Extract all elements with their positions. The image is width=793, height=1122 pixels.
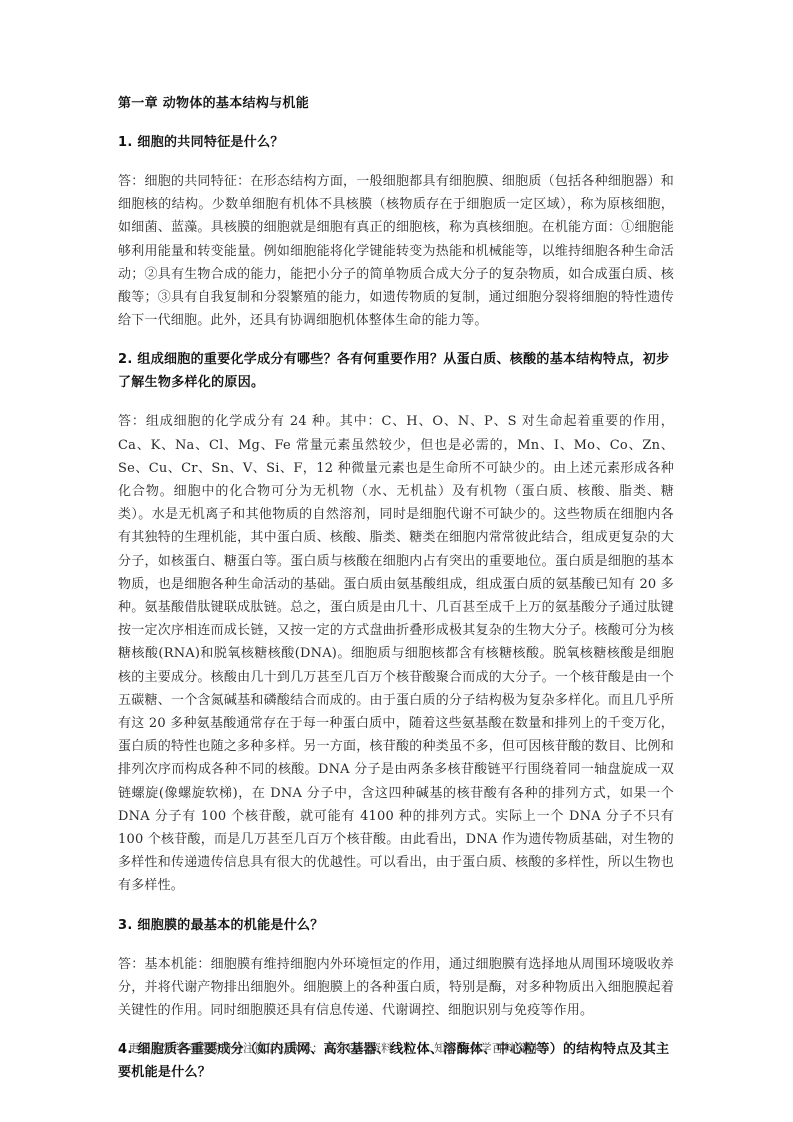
footer-wechat-text: 更多大学学习资源请关注微信公众号：大学百科资料: [128, 1040, 393, 1056]
question-heading: 2. 组成细胞的重要化学成分有哪些？各有何重要作用？从蛋白质、核酸的基本结构特点…: [118, 348, 674, 394]
answer-paragraph: 答：基本机能：细胞膜有维持细胞内外环境恒定的作用，通过细胞膜有选择地从周围环境吸…: [118, 953, 674, 1023]
section-q3: 3. 细胞膜的最基本的机能是什么？ 答：基本机能：细胞膜有维持细胞内外环境恒定的…: [118, 914, 674, 1023]
footer-zhihu-text: 知乎：大学百科资料: [434, 1040, 538, 1056]
chapter-title: 第一章 动物体的基本结构与机能: [118, 92, 674, 115]
document-page: 第一章 动物体的基本结构与机能 1. 细胞的共同特征是什么？ 答：细胞的共同特征…: [118, 92, 674, 1100]
section-q2: 2. 组成细胞的重要化学成分有哪些？各有何重要作用？从蛋白质、核酸的基本结构特点…: [118, 348, 674, 897]
page-footer: 更多大学学习资源请关注微信公众号：大学百科资料 知乎：大学百科资料: [128, 1040, 538, 1056]
section-q1: 1. 细胞的共同特征是什么？ 答：细胞的共同特征：在形态结构方面，一般细胞都具有…: [118, 131, 674, 332]
question-heading: 1. 细胞的共同特征是什么？: [118, 131, 674, 154]
answer-paragraph: 答：细胞的共同特征：在形态结构方面，一般细胞都具有细胞膜、细胞质（包括各种细胞器…: [118, 170, 674, 332]
question-heading: 3. 细胞膜的最基本的机能是什么？: [118, 914, 674, 937]
answer-paragraph: 答：组成细胞的化学成分有 24 种。其中：C、H、O、N、P、S 对生命起着重要…: [118, 410, 674, 897]
